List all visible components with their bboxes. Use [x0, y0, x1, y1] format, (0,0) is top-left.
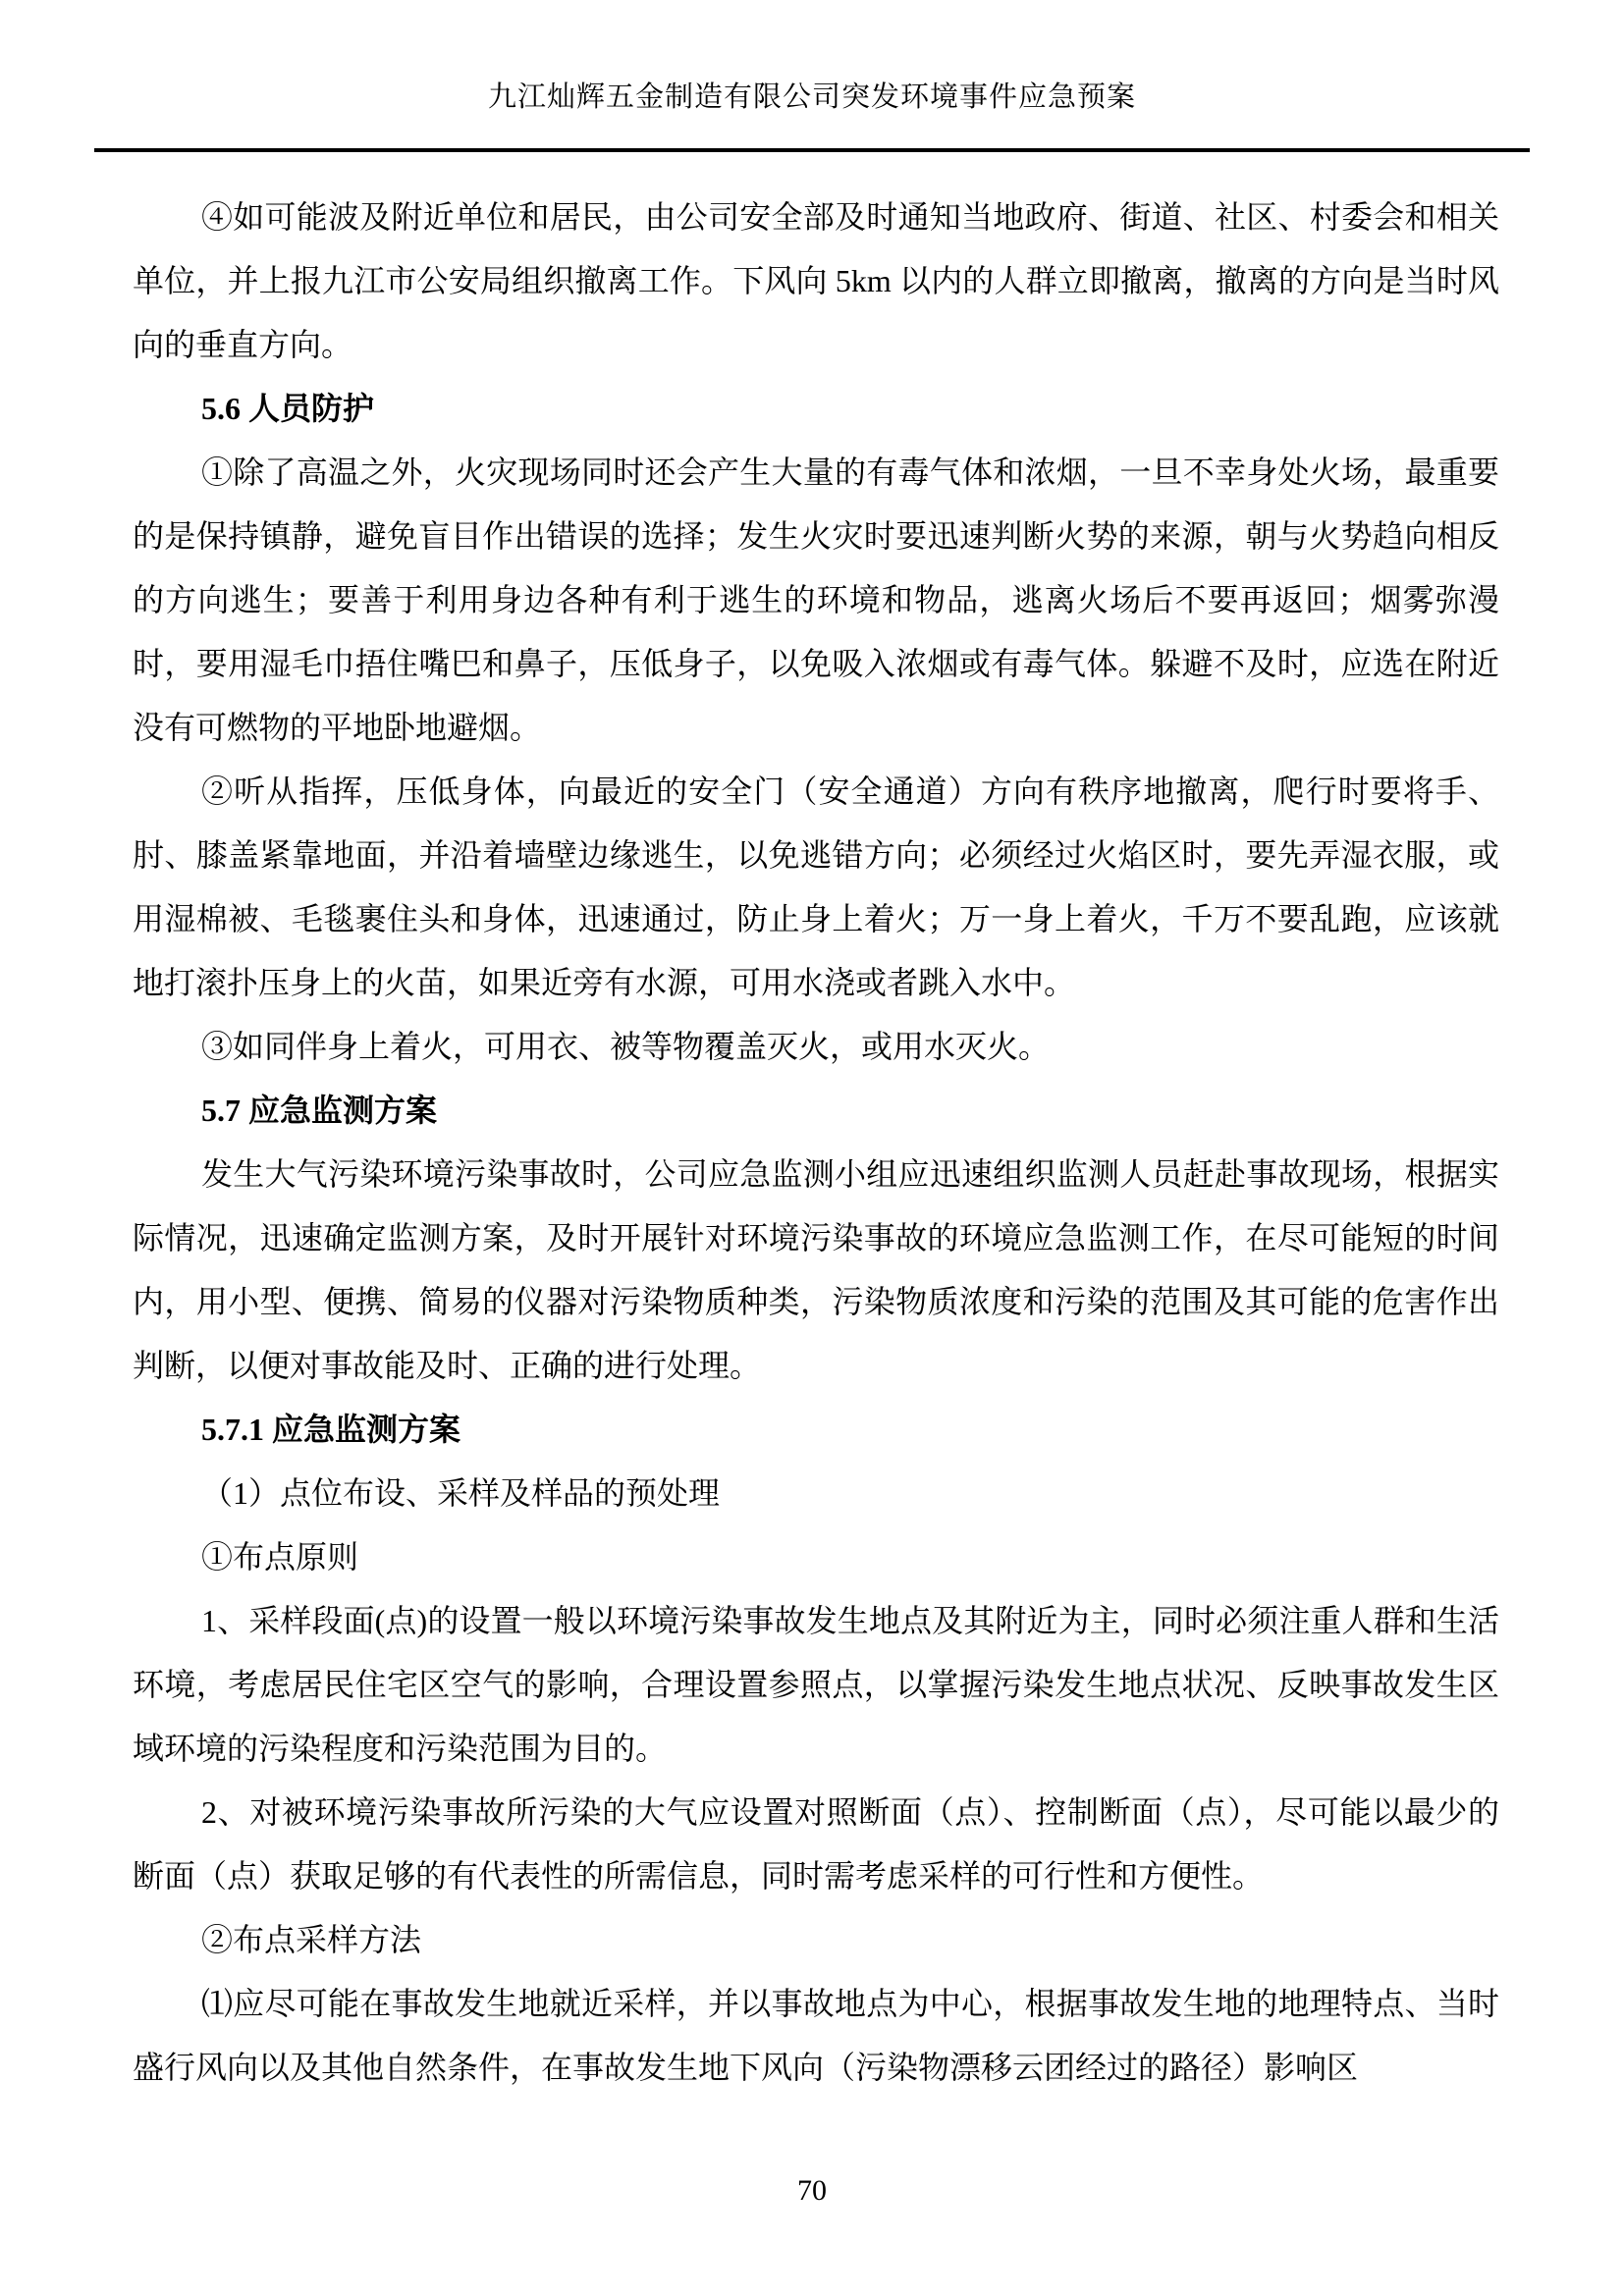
paragraph: ②布点采样方法: [133, 1908, 1499, 1972]
paragraph: ②听从指挥，压低身体，向最近的安全门（安全通道）方向有秩序地撤离，爬行时要将手、…: [133, 760, 1499, 1015]
paragraph: 2、对被环境污染事故所污染的大气应设置对照断面（点）、控制断面（点），尽可能以最…: [133, 1781, 1499, 1908]
section-heading: 5.7.1 应急监测方案: [133, 1398, 1499, 1462]
section-heading: 5.7 应急监测方案: [133, 1079, 1499, 1143]
section-heading: 5.6 人员防护: [133, 377, 1499, 441]
document-body: ④如可能波及附近单位和居民，由公司安全部及时通知当地政府、街道、社区、村委会和相…: [133, 186, 1499, 2100]
header-divider: [94, 148, 1530, 152]
paragraph: ①除了高温之外，火灾现场同时还会产生大量的有毒气体和浓烟，一旦不幸身处火场，最重…: [133, 441, 1499, 760]
paragraph: 发生大气污染环境污染事故时，公司应急监测小组应迅速组织监测人员赶赴事故现场，根据…: [133, 1143, 1499, 1398]
header-title: 九江灿辉五金制造有限公司突发环境事件应急预案: [0, 79, 1624, 116]
paragraph: ⑴应尽可能在事故发生地就近采样，并以事故地点为中心，根据事故发生地的地理特点、当…: [133, 1972, 1499, 2100]
paragraph: ④如可能波及附近单位和居民，由公司安全部及时通知当地政府、街道、社区、村委会和相…: [133, 186, 1499, 377]
paragraph: 1、采样段面(点)的设置一般以环境污染事故发生地点及其附近为主，同时必须注重人群…: [133, 1589, 1499, 1781]
paragraph: ③如同伴身上着火，可用衣、被等物覆盖灭火，或用水灭火。: [133, 1015, 1499, 1079]
page-number: 70: [0, 2171, 1624, 2211]
paragraph: ①布点原则: [133, 1525, 1499, 1589]
paragraph: （1）点位布设、采样及样品的预处理: [133, 1462, 1499, 1525]
document-page: 九江灿辉五金制造有限公司突发环境事件应急预案 ④如可能波及附近单位和居民，由公司…: [0, 0, 1624, 2296]
